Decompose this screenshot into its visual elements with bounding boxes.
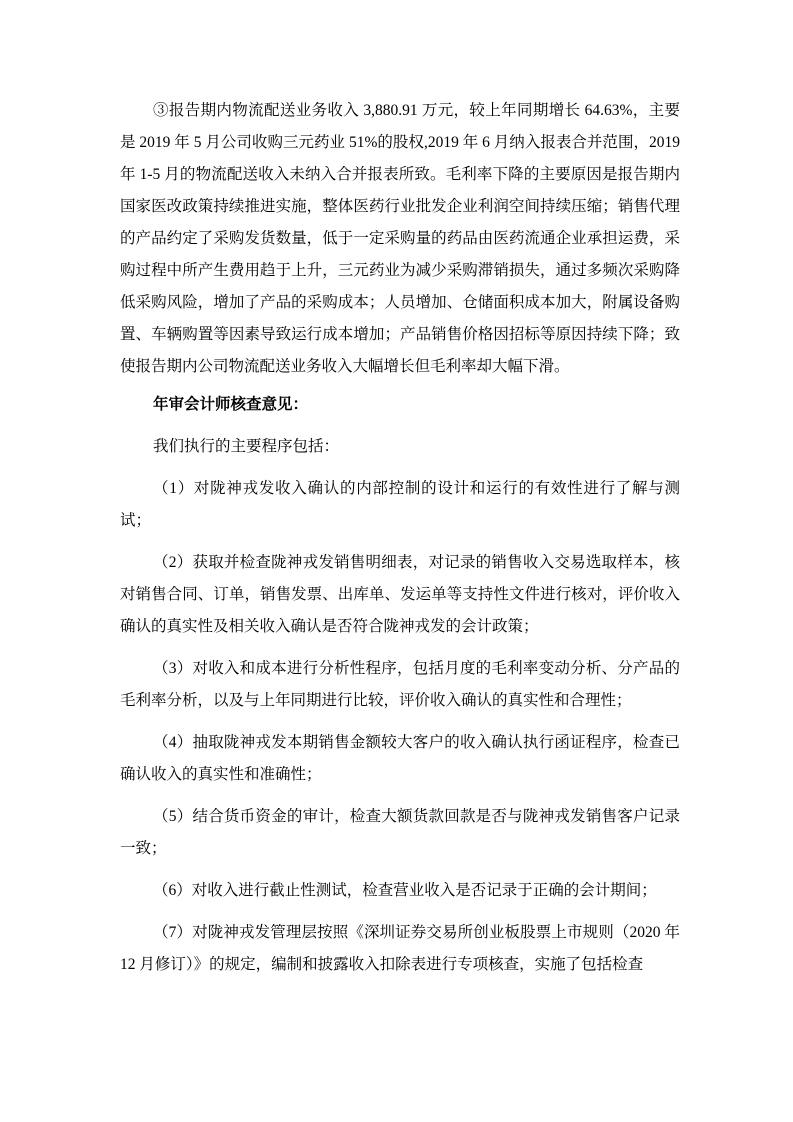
procedure-item-3: （3）对收入和成本进行分析性程序，包括月度的毛利率变动分析、分产品的毛利率分析，… bbox=[120, 653, 680, 717]
paragraph-logistics-revenue: ③报告期内物流配送业务收入 3,880.91 万元，较上年同期增长 64.63%… bbox=[120, 95, 680, 383]
procedure-item-4: （4）抽取陇神戎发本期销售金额较大客户的收入确认执行函证程序，检查已确认收入的真… bbox=[120, 727, 680, 791]
procedure-item-1: （1）对陇神戎发收入确认的内部控制的设计和运行的有效性进行了解与测试； bbox=[120, 473, 680, 537]
paragraph-procedures-intro: 我们执行的主要程序包括： bbox=[120, 431, 680, 463]
procedure-item-5: （5）结合货币资金的审计，检查大额货款回款是否与陇神戎发销售客户记录一致； bbox=[120, 801, 680, 865]
procedure-item-2: （2）获取并检查陇神戎发销售明细表，对记录的销售收入交易选取样本，核对销售合同、… bbox=[120, 547, 680, 643]
procedure-item-6: （6）对收入进行截止性测试，检查营业收入是否记录于正确的会计期间； bbox=[120, 875, 680, 907]
procedure-item-7: （7）对陇神戎发管理层按照《深圳证券交易所创业板股票上市规则（2020 年 12… bbox=[120, 917, 680, 981]
heading-auditor-opinion: 年审会计师核查意见： bbox=[120, 389, 680, 421]
document-page: ③报告期内物流配送业务收入 3,880.91 万元，较上年同期增长 64.63%… bbox=[0, 0, 793, 1122]
